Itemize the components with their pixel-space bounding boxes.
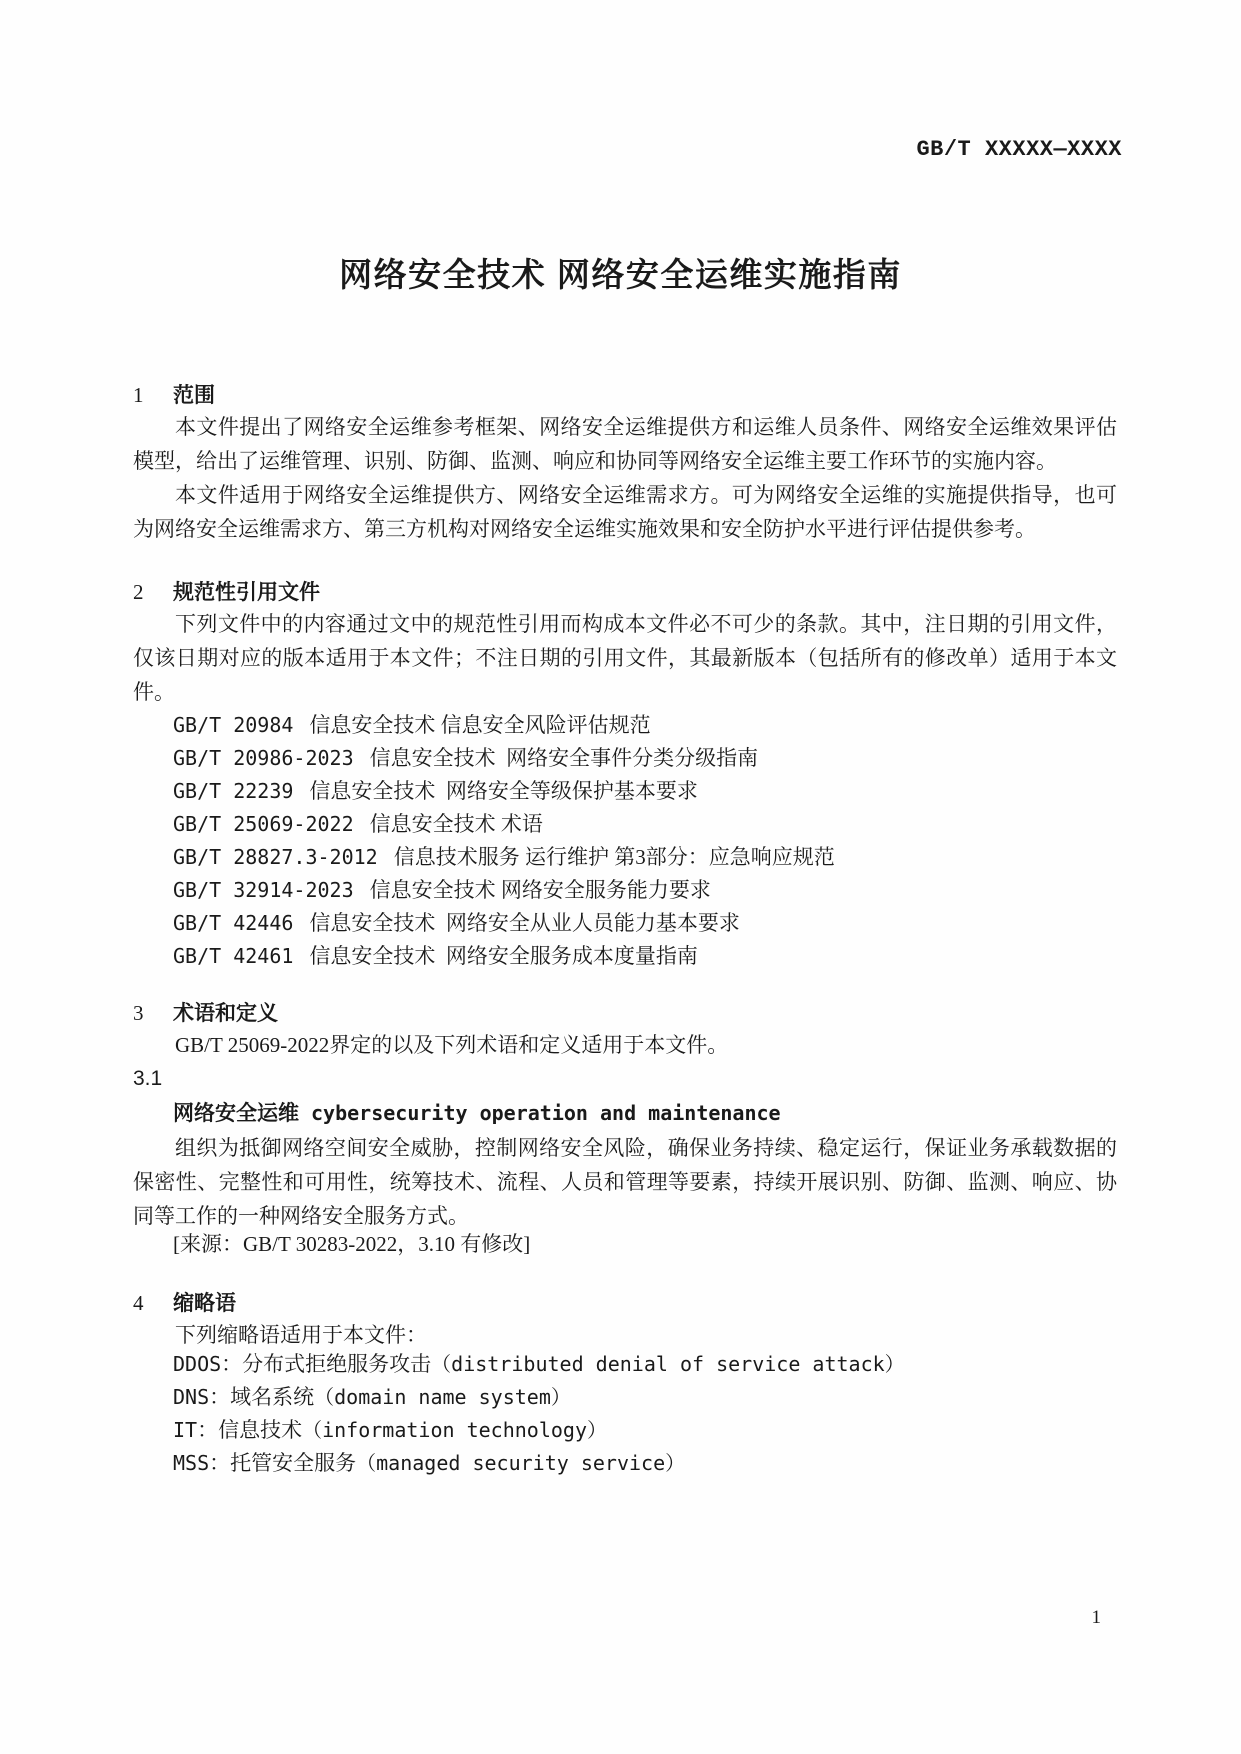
- reference-item: GB/T 20984信息安全技术 信息安全风险评估规范: [133, 709, 1117, 742]
- section-1-title: 范围: [173, 384, 215, 407]
- reference-title: 信息安全技术 信息安全风险评估规范: [309, 713, 650, 737]
- reference-item: GB/T 22239信息安全技术 网络安全等级保护基本要求: [133, 775, 1117, 808]
- reference-title: 信息安全技术 网络安全从业人员能力基本要求: [309, 911, 740, 935]
- reference-title: 信息安全技术 网络安全服务成本度量指南: [309, 944, 698, 968]
- abbreviation-item: DDOS：分布式拒绝服务攻击（distributed denial of ser…: [133, 1348, 1117, 1381]
- reference-code: GB/T 22239: [173, 779, 293, 803]
- page-number: 1: [1092, 1606, 1102, 1630]
- section-4-number: 4: [133, 1289, 173, 1317]
- term-source-note: [来源：GB/T 30283-2022，3.10 有修改]: [133, 1227, 1117, 1261]
- abbreviation-english: （distributed denial of service attack）: [431, 1352, 904, 1376]
- document-body: 1范围 本文件提出了网络安全运维参考框架、网络安全运维提供方和运维人员条件、网络…: [133, 381, 1117, 1480]
- reference-item: GB/T 20986-2023信息安全技术 网络安全事件分类分级指南: [133, 742, 1117, 775]
- abbreviation-item: IT：信息技术（information technology）: [133, 1414, 1117, 1447]
- abbreviation-chinese: 信息技术: [218, 1418, 302, 1442]
- section-2-heading: 2规范性引用文件: [133, 578, 1117, 607]
- section-3-title: 术语和定义: [173, 1002, 278, 1025]
- abbreviation-item: DNS：域名系统（domain name system）: [133, 1381, 1117, 1414]
- reference-list: GB/T 20984信息安全技术 信息安全风险评估规范 GB/T 20986-2…: [133, 709, 1117, 973]
- abbreviation-colon: ：: [221, 1352, 242, 1376]
- reference-code: GB/T 32914-2023: [173, 878, 354, 902]
- reference-code: GB/T 42461: [173, 944, 293, 968]
- reference-title: 信息技术服务 运行维护 第3部分：应急响应规范: [394, 845, 835, 869]
- reference-item: GB/T 25069-2022信息安全技术 术语: [133, 808, 1117, 841]
- term-entry: 网络安全运维cybersecurity operation and mainte…: [133, 1096, 1117, 1131]
- section-3-number: 3: [133, 999, 173, 1027]
- reference-item: GB/T 42461信息安全技术 网络安全服务成本度量指南: [133, 940, 1117, 973]
- section-2-title: 规范性引用文件: [173, 581, 320, 604]
- reference-code: GB/T 28827.3-2012: [173, 845, 378, 869]
- terms-intro: GB/T 25069-2022界定的以及下列术语和定义适用于本文件。: [133, 1028, 1117, 1062]
- standard-number-header: GB/T XXXXX—XXXX: [0, 0, 1122, 162]
- abbreviation-english: （managed security service）: [356, 1451, 685, 1475]
- section-1-number: 1: [133, 381, 173, 409]
- term-clause-number: 3.1: [133, 1062, 1117, 1096]
- document-page: GB/T XXXXX—XXXX 网络安全技术 网络安全运维实施指南 1范围 本文…: [0, 0, 1241, 1754]
- document-title: 网络安全技术 网络安全运维实施指南: [0, 254, 1241, 296]
- abbreviation-colon: ：: [197, 1418, 218, 1442]
- normative-references-intro: 下列文件中的内容通过文中的规范性引用而构成本文件必不可少的条款。其中，注日期的引…: [133, 607, 1117, 709]
- reference-title: 信息安全技术 网络安全等级保护基本要求: [309, 779, 698, 803]
- scope-paragraph-1: 本文件提出了网络安全运维参考框架、网络安全运维提供方和运维人员条件、网络安全运维…: [133, 410, 1117, 478]
- abbreviation-english: （information technology）: [302, 1418, 607, 1442]
- abbreviation-code: IT: [173, 1418, 197, 1442]
- reference-code: GB/T 20986-2023: [173, 746, 354, 770]
- section-3-heading: 3术语和定义: [133, 999, 1117, 1028]
- reference-code: GB/T 42446: [173, 911, 293, 935]
- section-4-title: 缩略语: [173, 1292, 236, 1315]
- abbreviation-code: DNS: [173, 1385, 209, 1409]
- section-2-number: 2: [133, 578, 173, 606]
- abbreviation-chinese: 分布式拒绝服务攻击: [242, 1352, 431, 1376]
- term-english: cybersecurity operation and maintenance: [311, 1101, 781, 1125]
- abbreviation-code: MSS: [173, 1451, 209, 1475]
- section-1-heading: 1范围: [133, 381, 1117, 410]
- abbreviation-list: DDOS：分布式拒绝服务攻击（distributed denial of ser…: [133, 1348, 1117, 1480]
- reference-item: GB/T 28827.3-2012信息技术服务 运行维护 第3部分：应急响应规范: [133, 841, 1117, 874]
- reference-title: 信息安全技术 术语: [370, 812, 543, 836]
- term-definition: 组织为抵御网络空间安全威胁，控制网络安全风险，确保业务持续、稳定运行，保证业务承…: [133, 1131, 1117, 1233]
- reference-code: GB/T 25069-2022: [173, 812, 354, 836]
- abbreviation-code: DDOS: [173, 1352, 221, 1376]
- reference-item: GB/T 32914-2023信息安全技术 网络安全服务能力要求: [133, 874, 1117, 907]
- scope-paragraph-2: 本文件适用于网络安全运维提供方、网络安全运维需求方。可为网络安全运维的实施提供指…: [133, 478, 1117, 546]
- abbreviation-colon: ：: [209, 1385, 230, 1409]
- abbreviation-chinese: 托管安全服务: [230, 1451, 356, 1475]
- abbreviation-item: MSS：托管安全服务（managed security service）: [133, 1447, 1117, 1480]
- abbreviation-english: （domain name system）: [314, 1385, 571, 1409]
- reference-title: 信息安全技术 网络安全服务能力要求: [370, 878, 711, 902]
- term-chinese: 网络安全运维: [173, 1102, 299, 1125]
- abbreviations-intro: 下列缩略语适用于本文件：: [133, 1318, 1117, 1352]
- reference-code: GB/T 20984: [173, 713, 293, 737]
- section-4-heading: 4缩略语: [133, 1289, 1117, 1318]
- abbreviation-colon: ：: [209, 1451, 230, 1475]
- reference-item: GB/T 42446信息安全技术 网络安全从业人员能力基本要求: [133, 907, 1117, 940]
- reference-title: 信息安全技术 网络安全事件分类分级指南: [370, 746, 759, 770]
- abbreviation-chinese: 域名系统: [230, 1385, 314, 1409]
